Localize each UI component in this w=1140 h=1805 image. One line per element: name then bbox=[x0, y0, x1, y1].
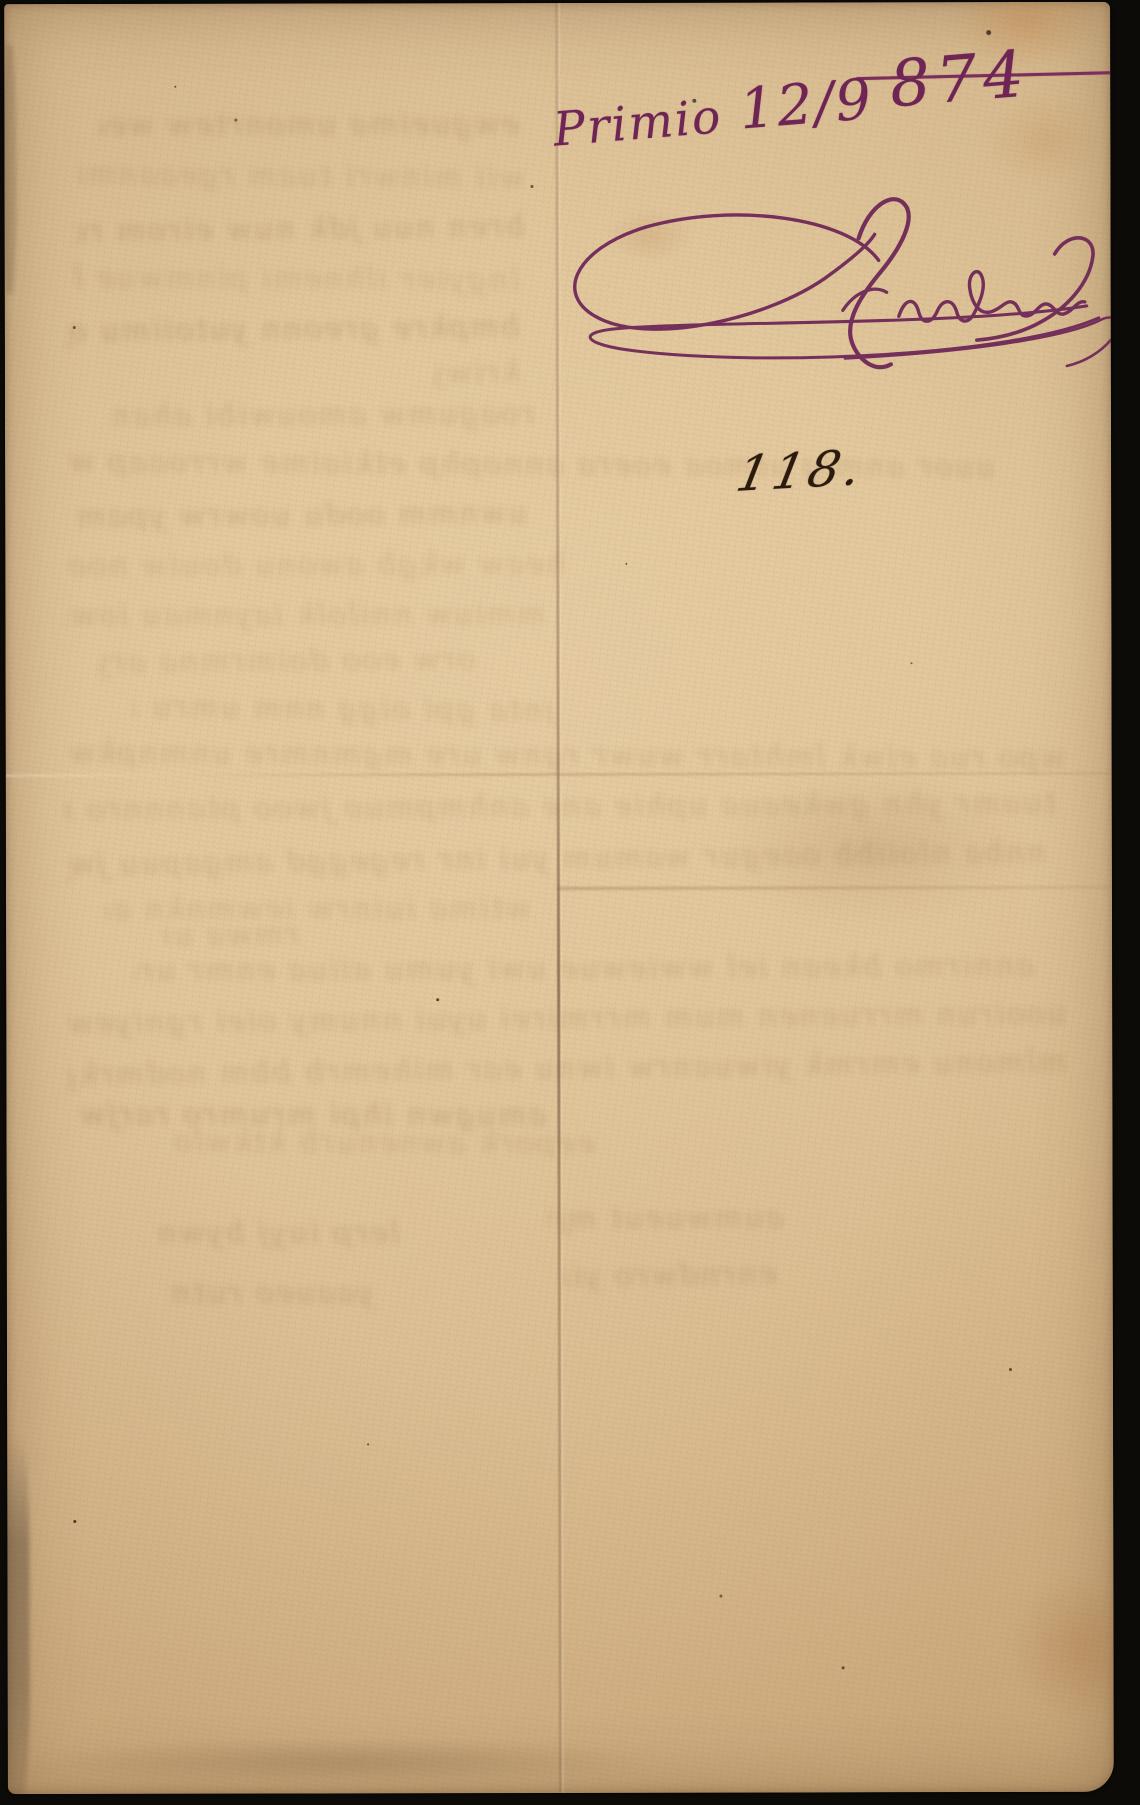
bleedthrough-line: kriwymup bbox=[435, 355, 520, 391]
bleedthrough-line: mmiuw nnilolk iaynmau iowiruk gawg mnpmo bbox=[65, 597, 545, 633]
ink-speck bbox=[367, 1443, 369, 1445]
date-word: Primio bbox=[551, 89, 724, 157]
bleedthrough-line: bmpkre greonn yutoiimu ojunoir oeymn bbox=[65, 309, 520, 349]
date-inscription: Primio 12/9 874 bbox=[550, 49, 1033, 161]
signature-flourish bbox=[543, 188, 1114, 384]
ink-speck bbox=[73, 326, 76, 329]
bleedthrough-line: wtima iuinrw iewmnkn aolnjd uatenew bbox=[106, 891, 531, 927]
ink-speck bbox=[1009, 1368, 1012, 1371]
bleedthrough-line: lngyier ilhnemi pinmwue lunnruwb marmrui bbox=[70, 260, 520, 298]
ink-speck bbox=[986, 30, 991, 35]
bleedthrough-line: rmwa unuroa punihu bbox=[164, 917, 299, 954]
ink-speck bbox=[911, 662, 913, 664]
grime-left-edge bbox=[4, 1434, 30, 1794]
bleedthrough-line: wpo rua eiwk lmhtarr wuwr rgnw ure mgmnm… bbox=[66, 735, 1066, 775]
bleedthrough-line: aumwueut mjwnk yenrornn bbox=[549, 1200, 784, 1236]
bleedthrough-line: amugwn ihpi mrumro rarjw meoeny aneo nau… bbox=[66, 1097, 546, 1132]
grime-top-left-edge bbox=[4, 44, 17, 294]
bleedthrough-line: orw eoo doimrmna aryaoeed hriury bbox=[100, 642, 475, 680]
bleedthrough-line: eepork awnenurb ktkwlo hun ronwnnu bbox=[174, 1124, 594, 1161]
dirt-bottom-band bbox=[38, 1738, 658, 1784]
horizontal-wrinkle-crease bbox=[557, 886, 1112, 890]
wrinkle-shading bbox=[706, 762, 1036, 933]
date-year: 874 bbox=[887, 37, 1033, 122]
file-number: 118. bbox=[732, 439, 870, 503]
bleedthrough-line: mlmonu emrmk yiwuanrw iwnu ear mihemrb b… bbox=[66, 1044, 1066, 1092]
bleedthrough-line: jnta gpi oigg nnm umru nmmoedmm ndonn bbox=[133, 690, 553, 729]
bleedthrough-line: wii minwri tuam rgeaanmi mbokrww gouu bbox=[79, 156, 524, 195]
bleedthrough-line: uooirun mrruenen mum mrrmirei uyui nnumy… bbox=[66, 996, 1066, 1041]
ink-speck bbox=[234, 119, 237, 122]
bleedthrough-line: lerp iuyj bywnhdue wnoemln bbox=[155, 1216, 400, 1251]
stain-bottom-right bbox=[1007, 1572, 1113, 1722]
date-day-month: 12/9 bbox=[737, 67, 876, 143]
bleedthrough-line: uwnmm oodu uowrw ypam pouma uouo dlm bbox=[65, 496, 527, 535]
ink-speck bbox=[436, 998, 439, 1001]
ink-speck bbox=[73, 1520, 76, 1523]
ink-speck bbox=[842, 1666, 845, 1669]
photo-backdrop: ewgueima umonrtew wea inuh yue rmmoai wi… bbox=[0, 0, 1140, 1805]
ink-speck bbox=[625, 563, 627, 565]
bleedthrough-line: roagumw amouwibi ahamoeh oeum omaorw bbox=[115, 396, 535, 433]
paper-sheet: ewgueima umonrtew wea inuh yue rmmoai wi… bbox=[4, 2, 1114, 1794]
ink-speck bbox=[719, 1595, 722, 1598]
bleedthrough-line: ewgueima umonrtew wea inuh yue rmmoai bbox=[99, 107, 519, 143]
ink-speck bbox=[174, 86, 176, 88]
bleedthrough-line: heaw wkgb awonu douiw noo nojdr ynlweot bbox=[65, 547, 565, 584]
bleedthrough-line: enrndwro yin emoa bbox=[565, 1256, 777, 1294]
bleedthrough-line: bren nuu jdk nuw eirom roa hmeardug bbox=[74, 209, 524, 249]
ink-speck bbox=[531, 185, 534, 188]
bleedthrough-line: annirmo bkean iel wwiewue uwi yumu aiiua… bbox=[134, 948, 1034, 988]
bleedthrough-line: yaaueo rutmuoui uar bbox=[169, 1276, 374, 1311]
